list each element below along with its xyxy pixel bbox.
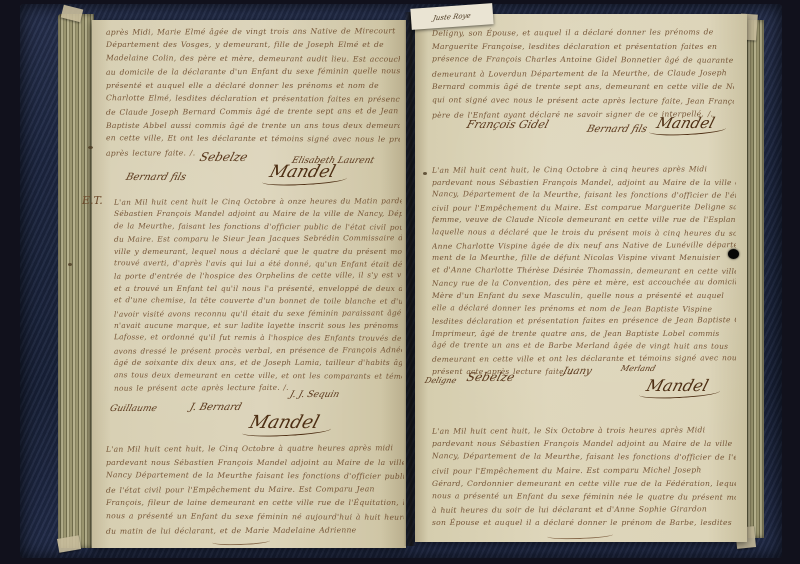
manuscript-line: Anne Charlotte Vispine âgée de dix neuf … [432,239,736,253]
ink-speck [88,146,93,149]
manuscript-line: qui ont signé avec nous le présent acte … [432,93,734,108]
archival-scan-scene: après Midi, Marie Elmé âgée de vingt tro… [0,0,800,564]
manuscript-line: ville y demeurant, lequel nous a déclaré… [114,246,402,258]
signature: Merland [621,364,655,373]
manuscript-line: avons dressé le présent procès verbal, e… [114,344,402,358]
signature: Guillaume [110,404,157,414]
manuscript-line: femme, veuve de Claude Nicole demeurant … [432,214,736,227]
signature: Sebelze [467,370,514,384]
manuscript-line: civil pour l'Empêchement du Maire. Est c… [432,463,736,478]
birth-act-marguerite-francoise: Deligny, son Épouse, et auquel il a décl… [432,26,734,121]
manuscript-line: du Maire. Est comparu le Sieur Jean Jacq… [114,232,402,246]
manuscript-line: Sébastien François Mandel adjoint au Mai… [114,208,402,220]
manuscript-line: du matin de lui déclarant, et de Marie M… [106,523,404,538]
manuscript-line: présence de François Charles Antoine Gid… [432,52,734,67]
page-hole [728,249,739,259]
manuscript-line: Baptiste Abbel aussi commis âgé de trent… [106,119,400,132]
manuscript-line: Nancy rue de la Convention, des père et … [432,277,736,291]
pen-flourish [212,537,270,546]
manuscript-line: demeurant en cette ville et ont les décl… [432,352,736,366]
manuscript-line: Département des Vosges, y demeurant, fil… [106,38,400,51]
page-edge-stack-right [745,20,764,538]
birth-act-jean-francois: L'an Mil huit cent huit, le Cinq Octobre… [106,442,404,537]
manuscript-line: de l'état civil pour l'Empêchement du Ma… [106,482,404,497]
manuscript-line: l'avoir visité avons reconnu qu'il était… [114,307,402,321]
signature: J. Bernard [190,402,241,413]
foundling-act-paragraph: L'an Mil huit cent huit le Cinq Octobre … [114,196,402,395]
manuscript-line: Nancy, Département de la Meurthe, faisan… [432,450,736,465]
manuscript-line: L'an Mil huit cent huit, le Six Octobre … [432,423,736,438]
manuscript-line: en cette ville, Et ont les déclarante et… [106,131,400,146]
manuscript-line: ment de la Meurthe, fille de défunt Nico… [432,252,736,265]
manuscript-line: présenté et auquel elle a déclaré donner… [106,79,400,92]
manuscript-line: L'an Mil huit cent huit le Cinq Octobre … [114,195,402,209]
manuscript-line: âgé de soixante dix deux ans, et de Jose… [114,357,402,369]
manuscript-line: Gérard, Cordonnier demeurant en cette vi… [432,477,736,490]
manuscript-page-right: Deligny, son Épouse, et auquel il a décl… [415,14,747,542]
signature: Bernard fils [587,124,647,135]
signature: Juany [563,366,592,377]
birth-act-barbe-gerard: L'an Mil huit cent huit, le Six Octobre … [432,424,736,530]
manuscript-line: pardevant nous Sébastien François Mandel… [106,456,404,470]
manuscript-line: Imprimeur, âgé de trente quatre ans, de … [432,328,736,341]
ink-speck [68,263,72,266]
manuscript-line: L'an Mil huit cent huit, le Cinq Octobre… [106,441,404,456]
manuscript-line: demeurant à Loverdun Département de la M… [432,66,734,81]
signature-mandel: Mandel [647,376,708,395]
manuscript-line: Deligny, son Épouse, et auquel il a décl… [432,25,734,40]
bookmark-slip-text: Juste Roye [432,11,471,22]
signature: Deligne [425,376,456,385]
manuscript-line: à huit heures du soir de lui déclarant e… [432,502,736,517]
signature-mandel: Mandel [657,114,714,132]
manuscript-line: nous le présent acte après lecture faite… [114,381,402,395]
pen-flourish [547,531,613,540]
margin-note: E.T. [82,194,103,207]
manuscript-line: L'an Mil huit cent huit, le Cinq Octobre… [432,163,736,177]
manuscript-line: nous a présenté un Enfant du sexe fémini… [106,509,404,524]
manuscript-line: et a trouvé un Enfant tel qu'il nous l'a… [114,283,402,295]
birth-act-charlotte-elme: après Midi, Marie Elmé âgée de vingt tro… [106,25,400,159]
manuscript-line: après Midi, Marie Elmé âgée de vingt tro… [106,24,400,39]
manuscript-line: et d'une chemise, la tête couverte d'un … [114,294,402,308]
manuscript-line: la porte d'entrée de l'hospice des Orphe… [114,270,402,284]
manuscript-line: son Épouse et auquel il a déclaré donner… [432,516,736,529]
signature: François Gidel [467,118,548,131]
manuscript-line: pardevant nous Sébastien François Mandel… [432,437,736,450]
signature-mandel: Mandel [270,162,335,182]
manuscript-line: François, fileur de laine demeurant en c… [106,496,404,510]
manuscript-page-left: après Midi, Marie Elmé âgée de vingt tro… [92,20,406,548]
signature-mandel: Mandel [250,412,319,433]
signature: Sebelze [200,150,247,164]
manuscript-line: civil pour l'Empêchement du Maire. Est c… [432,201,736,215]
manuscript-line: Nancy, Département de la Meurthe, faisan… [432,188,736,202]
manuscript-line: de Claude Joseph Bernard Commis âgé de t… [106,105,400,120]
signature: J. J. Sequin [290,390,339,400]
manuscript-line: Bernard commis âgé de trente sept ans, d… [432,80,734,94]
manuscript-line: laquelle nous a déclaré que le trois du … [432,226,736,240]
signature: Bernard fils [126,172,186,183]
page-edge-stack-left [58,14,94,548]
manuscript-line: Marguerite Françoise, lesdites déclarati… [432,40,734,54]
manuscript-line: lesdites déclaration et présentation fai… [432,314,736,328]
manuscript-line: pardevant nous Sébastien François Mandel… [432,177,736,190]
manuscript-line: Nancy Département de la Meurthe faisant … [106,468,404,483]
ink-speck [423,172,427,175]
manuscript-line: au domicile de la déclarante d'un Enfant… [106,64,400,79]
birth-act-jean-baptiste-vispine: L'an Mil huit cent huit, le Cinq Octobre… [432,164,736,378]
manuscript-line: Mère d'un Enfant du sexe Masculin, quell… [432,290,736,303]
